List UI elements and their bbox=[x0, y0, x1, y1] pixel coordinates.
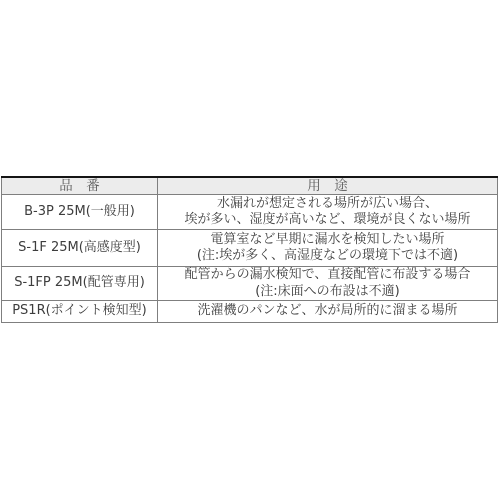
usage-cell: 水漏れが想定される場所が広い場合、 埃が多い、湿度が高いなど、環境が良くない場所 bbox=[158, 195, 498, 230]
product-usage-table: 品 番 用 途 B-3P 25M(一般用) 水漏れが想定される場所が広い場合、 … bbox=[1, 176, 498, 323]
header-usage: 用 途 bbox=[158, 177, 498, 195]
usage-cell: 電算室など早期に漏水を検知したい場所 (注:埃が多く、高湿度などの環境下では不適… bbox=[158, 230, 498, 267]
header-model-number: 品 番 bbox=[2, 177, 158, 195]
table-row: B-3P 25M(一般用) 水漏れが想定される場所が広い場合、 埃が多い、湿度が… bbox=[2, 195, 498, 230]
usage-cell: 洗濯機のパンなど、水が局所的に溜まる場所 bbox=[158, 301, 498, 323]
model-cell: S-1F 25M(高感度型) bbox=[2, 230, 158, 267]
usage-cell: 配管からの漏水検知で、直接配管に布設する場合 (注:床面への布設は不適) bbox=[158, 267, 498, 301]
table-row: PS1R(ポイント検知型) 洗濯機のパンなど、水が局所的に溜まる場所 bbox=[2, 301, 498, 323]
model-cell: B-3P 25M(一般用) bbox=[2, 195, 158, 230]
table-row: S-1FP 25M(配管専用) 配管からの漏水検知で、直接配管に布設する場合 (… bbox=[2, 267, 498, 301]
table-header-row: 品 番 用 途 bbox=[2, 177, 498, 195]
table-row: S-1F 25M(高感度型) 電算室など早期に漏水を検知したい場所 (注:埃が多… bbox=[2, 230, 498, 267]
model-cell: PS1R(ポイント検知型) bbox=[2, 301, 158, 323]
model-cell: S-1FP 25M(配管専用) bbox=[2, 267, 158, 301]
page-canvas: 品 番 用 途 B-3P 25M(一般用) 水漏れが想定される場所が広い場合、 … bbox=[0, 0, 500, 500]
